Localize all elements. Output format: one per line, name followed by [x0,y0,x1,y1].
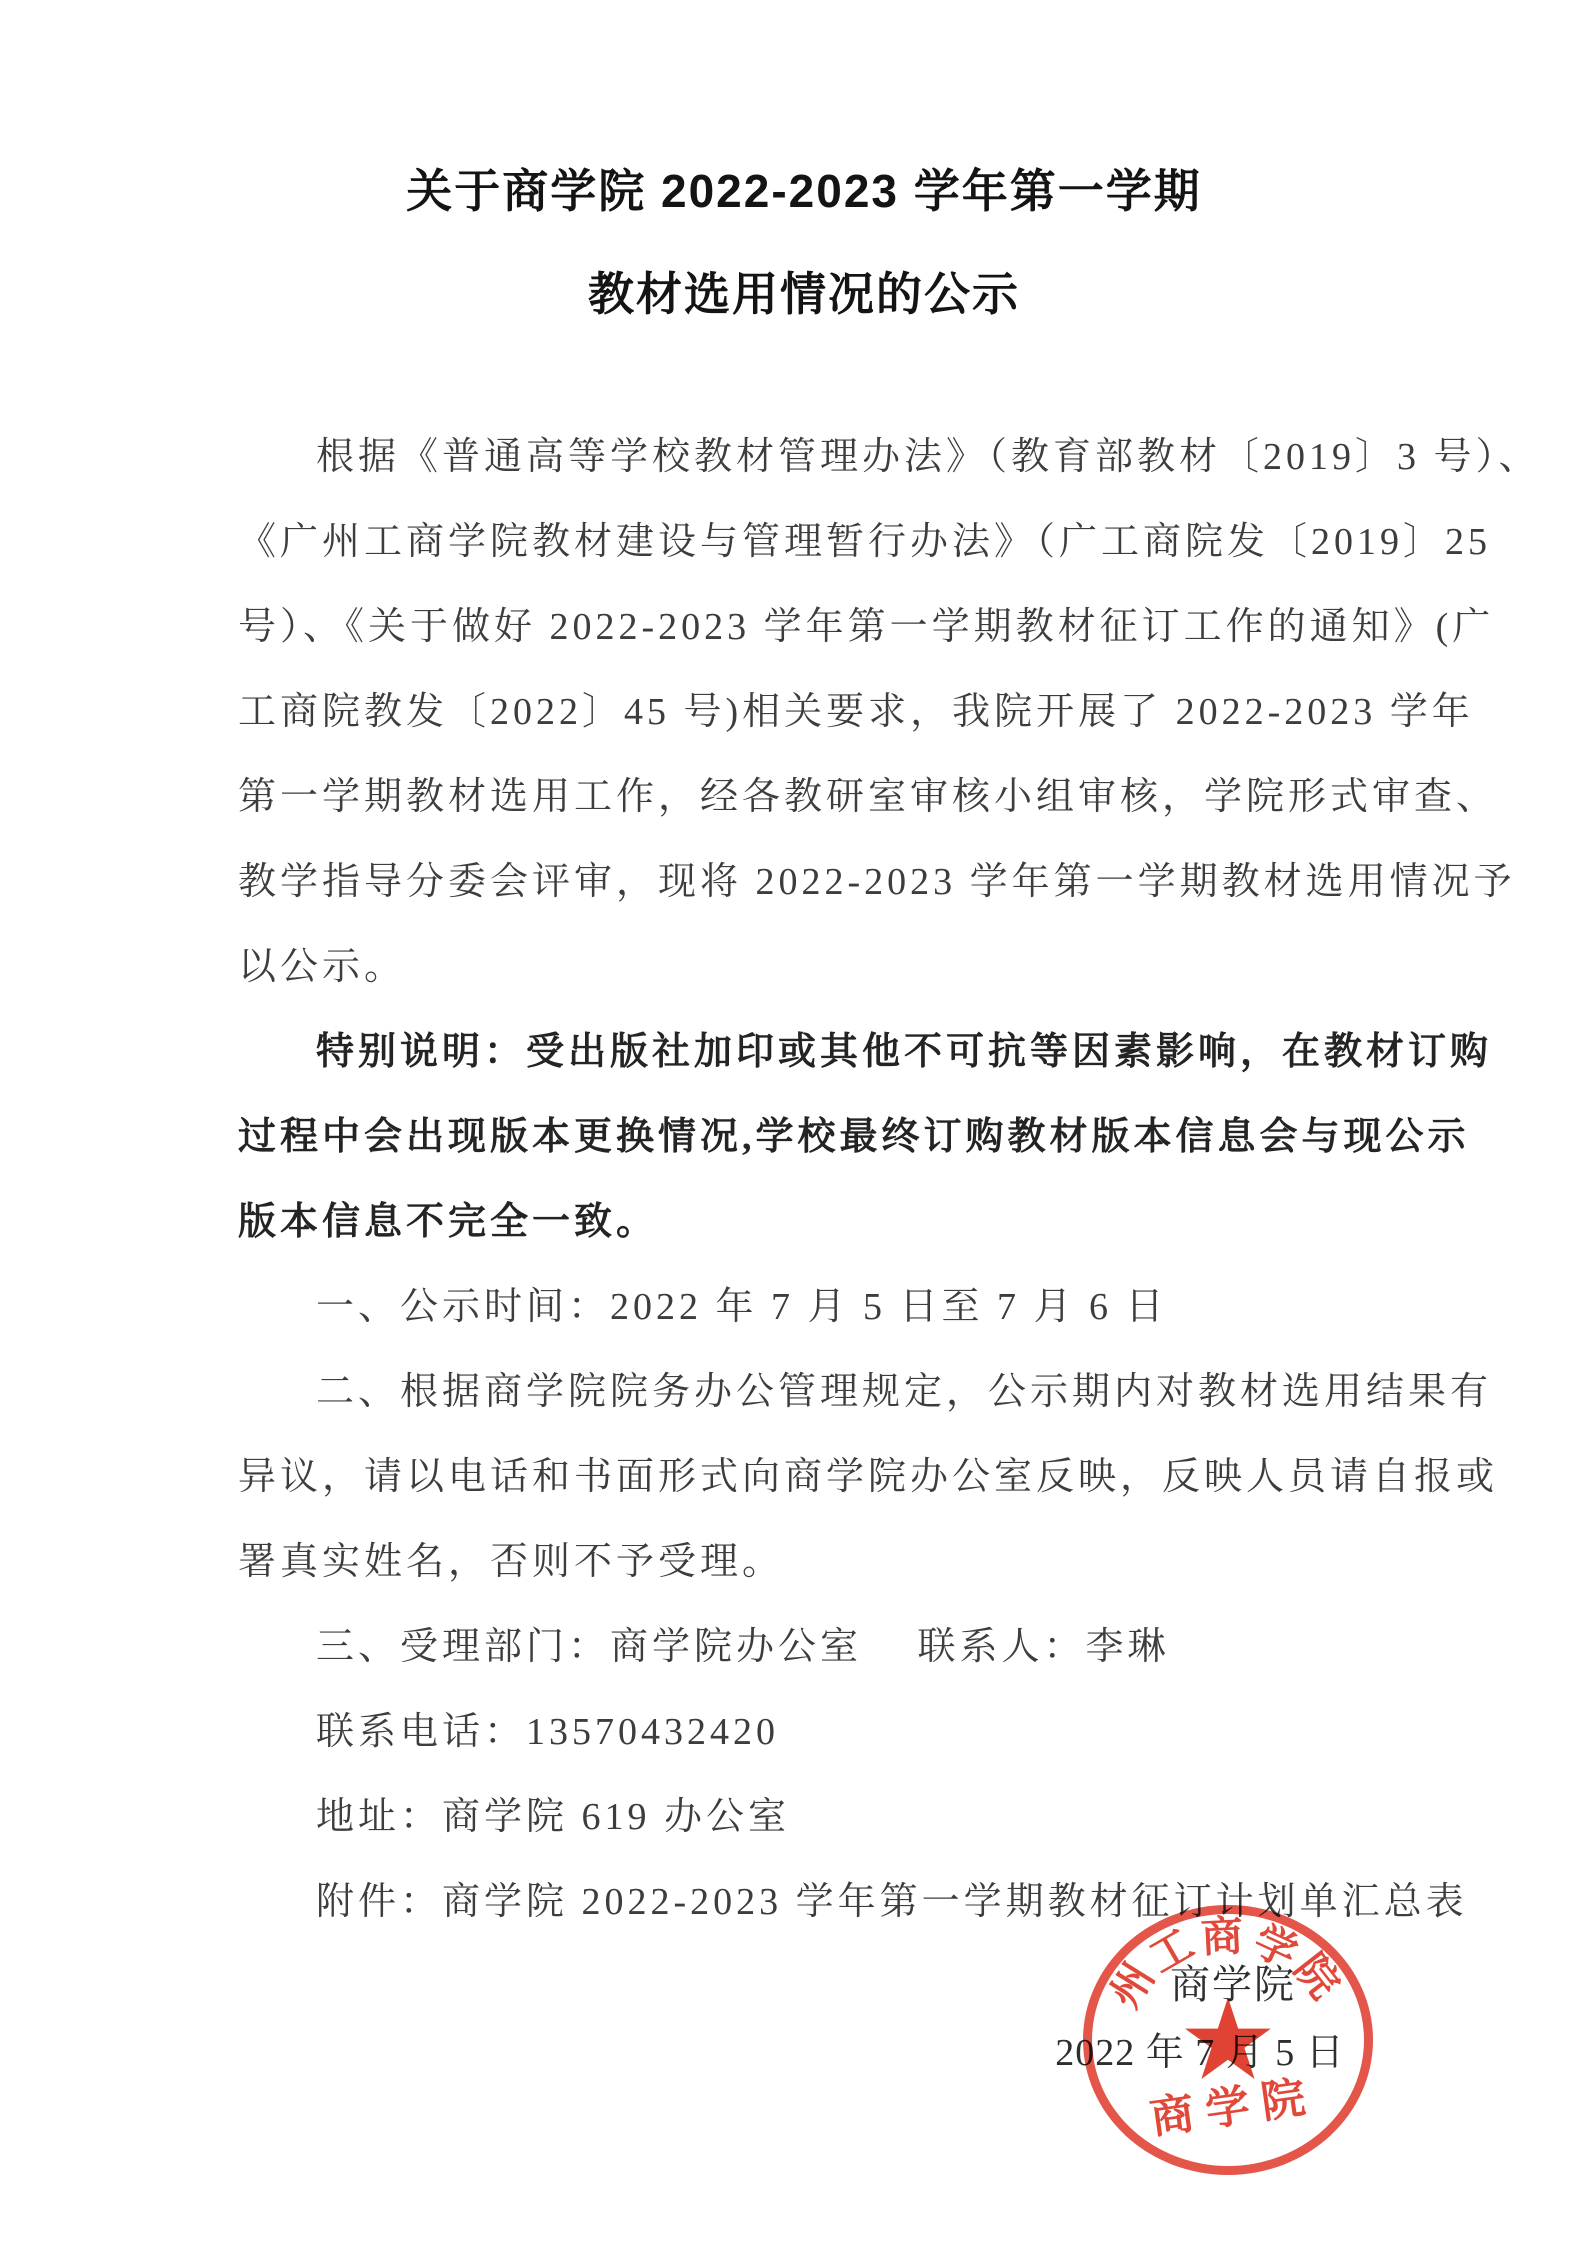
body-line-attachment: 附件：商学院 2022-2023 学年第一学期教材征订计划单汇总表 [238,1860,1378,1945]
body-line: 工商院教发〔2022〕45 号)相关要求，我院开展了 2022-2023 学年 [238,670,1378,755]
document-title-line1: 关于商学院 2022-2023 学年第一学期 [238,140,1370,243]
body-line: 根据《普通高等学校教材管理办法》（教育部教材〔2019〕3 号）、 [238,415,1378,500]
document-title: 关于商学院 2022-2023 学年第一学期 教材选用情况的公示 [238,140,1370,346]
body-line-phone: 联系电话：13570432420 [238,1690,1378,1775]
signature-date: 2022 年 7 月 5 日 [1020,2030,1380,2076]
body-line-special-note: 过程中会出现版本更换情况,学校最终订购教材版本信息会与现公示 [238,1095,1378,1180]
body-line-address: 地址：商学院 619 办公室 [238,1775,1378,1860]
body-line: 号）、《关于做好 2022-2023 学年第一学期教材征订工作的通知》(广 [238,585,1378,670]
body-line-special-note: 版本信息不完全一致。 [238,1180,1378,1265]
announcement-document: 关于商学院 2022-2023 学年第一学期 教材选用情况的公示 根据《普通高等… [0,0,1587,2245]
body-line: 《广州工商学院教材建设与管理暂行办法》（广工商院发〔2019〕25 [238,500,1378,585]
body-line: 第一学期教材选用工作，经各教研室审核小组审核，学院形式审查、 [238,755,1378,840]
body-line-item-2: 二、根据商学院院务办公管理规定，公示期内对教材选用结果有 [238,1350,1378,1435]
body-line-item-3: 三、受理部门：商学院办公室 联系人：李琳 [238,1605,1378,1690]
body-line: 署真实姓名，否则不予受理。 [238,1520,1378,1605]
body-line: 异议，请以电话和书面形式向商学院办公室反映，反映人员请自报或 [238,1435,1378,1520]
body-line-item-1: 一、公示时间：2022 年 7 月 5 日至 7 月 6 日 [238,1265,1378,1350]
signature-department: 商学院 [1148,1962,1318,2008]
document-title-line2: 教材选用情况的公示 [238,243,1370,346]
body-line-special-note: 特别说明：受出版社加印或其他不可抗等因素影响，在教材订购 [238,1010,1378,1095]
body-line: 以公示。 [238,925,1378,1010]
document-body: 根据《普通高等学校教材管理办法》（教育部教材〔2019〕3 号）、 《广州工商学… [238,415,1378,1945]
body-line: 教学指导分委会评审，现将 2022-2023 学年第一学期教材选用情况予 [238,840,1378,925]
